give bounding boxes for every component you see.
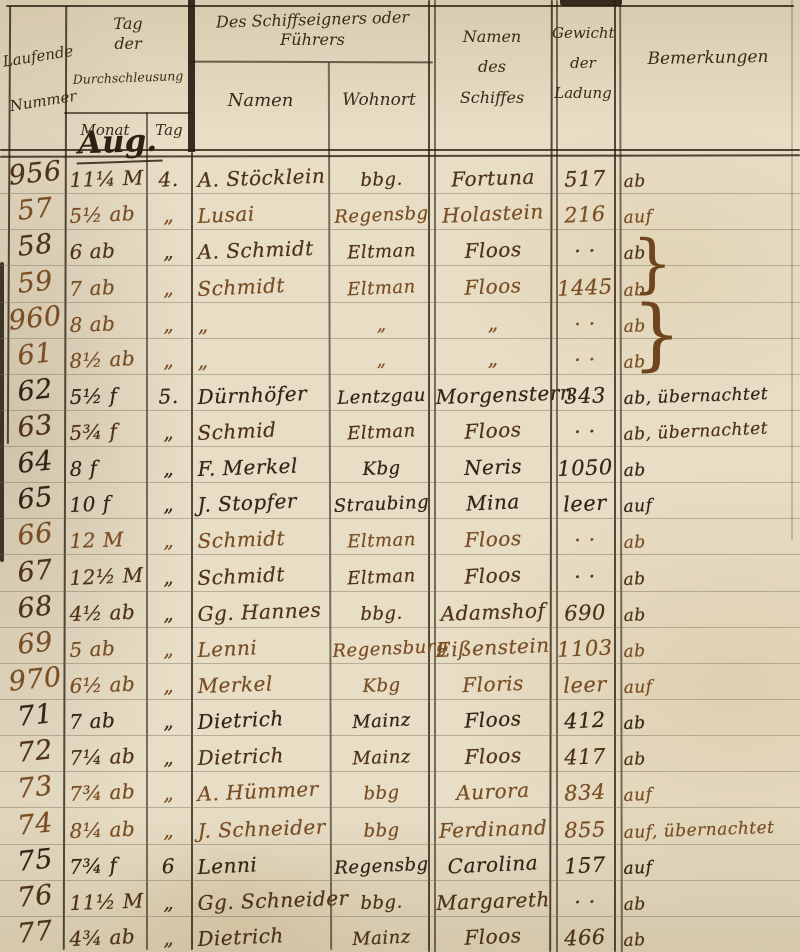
ledger-cell-remark: ab, übernachtet <box>623 417 796 445</box>
ledger-row: 695 ab„LenniRegensburgEißenstein1103ab <box>0 627 800 664</box>
ledger-cell-home: bbg. <box>332 601 431 625</box>
ledger-cell-name: Gg. Schneider <box>197 886 328 915</box>
ledger-cell-time: 5½ ab <box>69 201 146 228</box>
ledger-cell-ship: Floos <box>435 271 551 300</box>
ledger-cell-weight: 412 <box>554 707 616 734</box>
ledger-cell-name: Dietrich <box>197 742 328 771</box>
ledger-cell-time: 6½ ab <box>69 671 146 698</box>
ledger-cell-name: Merkel <box>197 670 328 699</box>
ledger-cell-name: A. Stöcklein <box>197 164 328 193</box>
ledger-cell-name: J. Schneider <box>197 814 328 843</box>
ledger-cell-time: 8½ ab <box>69 345 146 372</box>
ledger-cell-weight: leer <box>554 672 616 698</box>
ledger-cell-nr: 58 <box>5 227 66 264</box>
ledger-cell-name: A. Hümmer <box>197 777 328 807</box>
ledger-cell-remark: ab, übernachtet <box>623 383 796 409</box>
ledger-cell-remark: ab <box>623 634 796 662</box>
ledger-cell-day: 5. <box>147 383 190 408</box>
ledger-cell-home: Eltman <box>332 564 431 589</box>
ledger-cell-name: Lenni <box>197 632 328 662</box>
ledger-cell-home: Straubing <box>332 492 431 517</box>
ledger-cell-time: 8 ab <box>69 310 146 337</box>
ledger-cell-nr: 72 <box>5 733 66 770</box>
ledger-cell-time: 5¾ f <box>69 418 146 445</box>
ledger-row: 635¾ f„SchmidEltmanFloos· ·ab, übernacht… <box>0 410 800 447</box>
ledger-cell-day: „ <box>147 419 190 445</box>
ledger-cell-nr: 65 <box>5 480 66 517</box>
ledger-cell-remark: auf <box>623 490 796 518</box>
ledger-cell-day: „ <box>147 817 190 842</box>
ledger-cell-remark: ab <box>623 706 796 734</box>
ledger-cell-weight: 834 <box>554 780 616 807</box>
ledger-cell-home: Eltman <box>332 240 431 264</box>
ledger-cell-weight: · · <box>554 238 616 264</box>
ledger-cell-weight: · · <box>554 889 616 915</box>
ledger-cell-home: bbg. <box>332 168 431 192</box>
ledger-cell-day: „ <box>147 564 190 590</box>
ledger-cell-name: Lenni <box>197 849 328 879</box>
ledger-cell-time: 4¾ ab <box>69 924 146 951</box>
ledger-cell-weight: 157 <box>554 852 616 879</box>
ledger-cell-name: „ <box>197 343 328 373</box>
ledger-cell-home: „ <box>332 312 431 336</box>
ledger-cell-home: Mainz <box>332 746 431 770</box>
month-label: Aug. <box>75 123 162 165</box>
ledger-row: 748¼ ab„J. SchneiderbbgFerdinand855auf, … <box>0 808 800 845</box>
ledger-cell-day: „ <box>147 708 190 734</box>
ledger-cell-day: 4. <box>147 167 190 192</box>
ledger-cell-nr: 68 <box>5 589 66 626</box>
ledger-cell-home: Regensbg <box>332 853 431 878</box>
ledger-cell-name: Schmidt <box>197 271 328 301</box>
ledger-cell-time: 5½ f <box>69 382 146 409</box>
ledger-page: Laufende Nummer Tag der Durchschleusung … <box>0 0 800 952</box>
ledger-cell-name: „ <box>197 308 328 337</box>
ledger-cell-nr: 62 <box>5 372 66 409</box>
ledger-cell-ship: Holastein <box>435 199 551 228</box>
ledger-cell-nr: 77 <box>5 914 66 951</box>
ledger-cell-home: Kbg <box>332 674 431 698</box>
ledger-cell-home: Mainz <box>332 926 431 951</box>
ledger-cell-ship: Floos <box>435 525 551 553</box>
ledger-cell-weight: · · <box>554 527 616 553</box>
ledger-cell-time: 10 f <box>69 490 146 517</box>
ledger-cell-name: J. Stopfer <box>197 487 328 517</box>
ledger-cell-day: „ <box>147 745 190 770</box>
ledger-cell-name: Schmid <box>197 415 328 445</box>
ledger-cell-home: bbg <box>332 781 431 806</box>
ledger-cell-day: „ <box>147 781 190 807</box>
ledger-cell-ship: Floos <box>435 560 551 589</box>
ledger-cell-nr: 66 <box>5 517 66 554</box>
ledger-cell-nr: 74 <box>5 806 66 843</box>
ledger-cell-time: 11¼ M <box>69 165 146 192</box>
ledger-cell-ship: Fortuna <box>435 164 551 192</box>
ledger-cell-nr: 71 <box>5 697 66 734</box>
ledger-cell-remark: ab <box>623 923 796 951</box>
ledger-cell-weight: 466 <box>554 924 616 951</box>
ledger-cell-time: 7¾ f <box>69 851 146 878</box>
ledger-row: 6612 M„SchmidtEltmanFloos· ·ab <box>0 518 800 555</box>
ledger-cell-time: 12½ M <box>69 562 146 589</box>
ledger-cell-nr: 75 <box>5 842 66 879</box>
ledger-cell-ship: Carolina <box>435 850 551 879</box>
ledger-cell-day: „ <box>147 491 190 517</box>
ledger-cell-nr: 970 <box>5 661 66 698</box>
ledger-cell-day: „ <box>147 925 190 951</box>
ledger-cell-home: Lentzgau <box>332 385 431 409</box>
ledger-cell-ship: Floos <box>435 236 551 264</box>
ledger-cell-weight: 517 <box>554 166 616 192</box>
ledger-cell-nr: 57 <box>5 191 66 228</box>
ledger-cell-remark: auf <box>623 200 796 228</box>
ledger-row: 575½ ab„LusaiRegensbgHolastein216auf <box>0 193 800 230</box>
ledger-row: 6510 f„J. StopferStraubingMinaleerauf <box>0 482 800 519</box>
ledger-cell-time: 8¼ ab <box>69 816 146 843</box>
ledger-cell-home: Kbg <box>332 457 431 481</box>
ledger-row: 737¾ ab„A. HümmerbbgAurora834auf <box>0 771 800 808</box>
ledger-cell-day: „ <box>147 600 190 625</box>
ledger-cell-ship: Morgenstern <box>435 381 551 409</box>
ledger-cell-weight: 417 <box>554 744 616 770</box>
ledger-cell-remark: ab <box>623 455 796 481</box>
ledger-cell-ship: Margareth <box>435 887 551 915</box>
ledger-cell-nr: 67 <box>5 553 66 590</box>
ledger-cell-weight: · · <box>554 418 616 445</box>
ledger-cell-name: A. Schmidt <box>197 236 328 265</box>
ledger-cell-nr: 69 <box>5 625 66 662</box>
ledger-cell-name: Schmidt <box>197 525 328 554</box>
ledger-row: 717 ab„DietrichMainzFloos412ab <box>0 699 800 736</box>
ledger-cell-day: 6 <box>147 853 190 879</box>
ledger-cell-ship: Eißenstein <box>435 633 551 662</box>
ledger-cell-ship: Mina <box>435 488 551 517</box>
ledger-cell-nr: 59 <box>5 264 66 301</box>
ledger-cell-day: „ <box>147 636 190 662</box>
ledger-cell-day: „ <box>147 311 190 336</box>
ledger-cell-weight: 1050 <box>554 455 616 481</box>
ledger-cell-nr: 956 <box>5 155 66 192</box>
ledger-cell-ship: Floris <box>435 670 551 698</box>
ledger-cell-name: Dürnhöfer <box>197 380 328 409</box>
ledger-cell-remark: ab <box>623 600 796 626</box>
ledger-cell-day: „ <box>147 347 190 373</box>
ledger-cell-ship: Adamshof <box>435 598 551 626</box>
ledger-row: 727¼ ab„DietrichMainzFloos417ab <box>0 735 800 772</box>
ledger-cell-time: 7¼ ab <box>69 744 146 771</box>
ledger-cell-time: 4½ ab <box>69 599 146 626</box>
ledger-cell-time: 7¾ ab <box>69 779 146 806</box>
ledger-cell-remark: ab <box>623 166 796 192</box>
ledger-cell-ship: Floos <box>435 416 551 445</box>
ledger-cell-ship: Floos <box>435 705 551 734</box>
ledger-cell-weight: leer <box>554 491 616 518</box>
ledger-cell-ship: Floos <box>435 922 551 951</box>
ledger-cell-home: Eltman <box>332 275 431 300</box>
ledger-row: 684½ ab„Gg. Hannesbbg.Adamshof690ab <box>0 591 800 628</box>
ledger-cell-day: „ <box>147 889 190 914</box>
ledger-cell-remark: ab <box>623 744 796 770</box>
ledger-cell-remark: auf <box>623 672 796 698</box>
ledger-cell-nr: 76 <box>5 878 66 915</box>
ledger-cell-home: bbg. <box>332 890 431 914</box>
ledger-row: 9706½ ab„MerkelKbgFlorisleerauf <box>0 663 800 700</box>
ledger-row: 648 f„F. MerkelKbgNeris1050ab <box>0 446 800 483</box>
ledger-cell-remark: auf <box>623 779 796 807</box>
ledger-cell-time: 11½ M <box>69 888 146 915</box>
ledger-cell-nr: 73 <box>5 770 66 807</box>
ledger-cell-home: Eltman <box>332 529 431 553</box>
ledger-cell-time: 7 ab <box>69 273 146 300</box>
ledger-row: 757¾ f6LenniRegensbgCarolina157auf <box>0 844 800 881</box>
remark-brace-2: } <box>632 296 682 374</box>
ledger-cell-time: 6 ab <box>69 238 146 265</box>
ledger-cell-name: F. Merkel <box>197 453 328 482</box>
ledger-cell-name: Dietrich <box>197 704 328 734</box>
ledger-cell-time: 5 ab <box>69 634 146 661</box>
ledger-cell-day: „ <box>147 202 190 228</box>
ledger-cell-time: 7 ab <box>69 707 146 734</box>
ledger-cell-remark: auf, übernachtet <box>623 817 796 843</box>
ledger-row: 7611½ M„Gg. Schneiderbbg.Margareth· ·ab <box>0 880 800 917</box>
ledger-cell-ship: Ferdinand <box>435 815 551 843</box>
ledger-cell-weight: 690 <box>554 600 616 626</box>
ledger-cell-remark: ab <box>623 889 796 915</box>
ledger-row: 6712½ M„SchmidtEltmanFloos· ·ab <box>0 555 800 592</box>
ledger-cell-ship: Neris <box>435 453 551 481</box>
ledger-cell-weight: 855 <box>554 816 616 842</box>
ledger-cell-home: „ <box>332 347 431 372</box>
ledger-cell-name: Schmidt <box>197 560 328 590</box>
ledger-cell-home: Eltman <box>332 420 431 445</box>
ledger-cell-nr: 61 <box>5 336 66 373</box>
ledger-cell-nr: 64 <box>5 444 66 481</box>
ledger-cell-day: „ <box>147 275 190 301</box>
ledger-cell-weight: 216 <box>554 201 616 228</box>
ledger-cell-weight: 1103 <box>554 635 616 662</box>
ledger-cell-name: Dietrich <box>197 921 328 951</box>
ledger-cell-day: „ <box>147 456 190 481</box>
ledger-cell-name: Gg. Hannes <box>197 597 328 626</box>
ledger-cell-day: „ <box>147 239 190 264</box>
ledger-cell-weight: · · <box>554 311 616 337</box>
ledger-cell-weight: · · <box>554 563 616 590</box>
ledger-cell-ship: Floos <box>435 742 551 770</box>
ledger-cell-nr: 960 <box>5 300 66 337</box>
ledger-cell-home: Regensbg <box>332 203 431 228</box>
ledger-cell-home: bbg <box>332 818 431 842</box>
ledger-cell-remark: ab <box>623 562 796 590</box>
ledger-cell-day: „ <box>147 528 190 553</box>
ledger-cell-remark: auf <box>623 851 796 879</box>
ledger-cell-nr: 63 <box>5 408 66 445</box>
ledger-cell-day: „ <box>147 673 190 698</box>
ledger-cell-weight: 1445 <box>554 274 616 301</box>
ledger-cell-ship: „ <box>435 309 551 337</box>
ledger-row: 586 ab„A. SchmidtEltmanFloos· ·ab <box>0 229 800 266</box>
ledger-cell-name: Lusai <box>197 198 328 228</box>
ledger-cell-home: Regensburg <box>332 636 431 661</box>
ledger-row: 774¾ ab„DietrichMainzFloos466ab <box>0 916 800 952</box>
ledger-cell-weight: 343 <box>554 383 616 409</box>
ledger-cell-time: 12 M <box>69 527 146 554</box>
ledger-cell-home: Mainz <box>332 709 431 734</box>
ledger-cell-weight: · · <box>554 346 616 373</box>
ledger-cell-ship: „ <box>435 344 551 373</box>
ledger-cell-ship: Aurora <box>435 777 551 806</box>
ledger-cell-remark: ab <box>623 527 796 553</box>
ledger-cell-time: 8 f <box>69 455 146 482</box>
remark-brace-1: } <box>632 232 673 296</box>
